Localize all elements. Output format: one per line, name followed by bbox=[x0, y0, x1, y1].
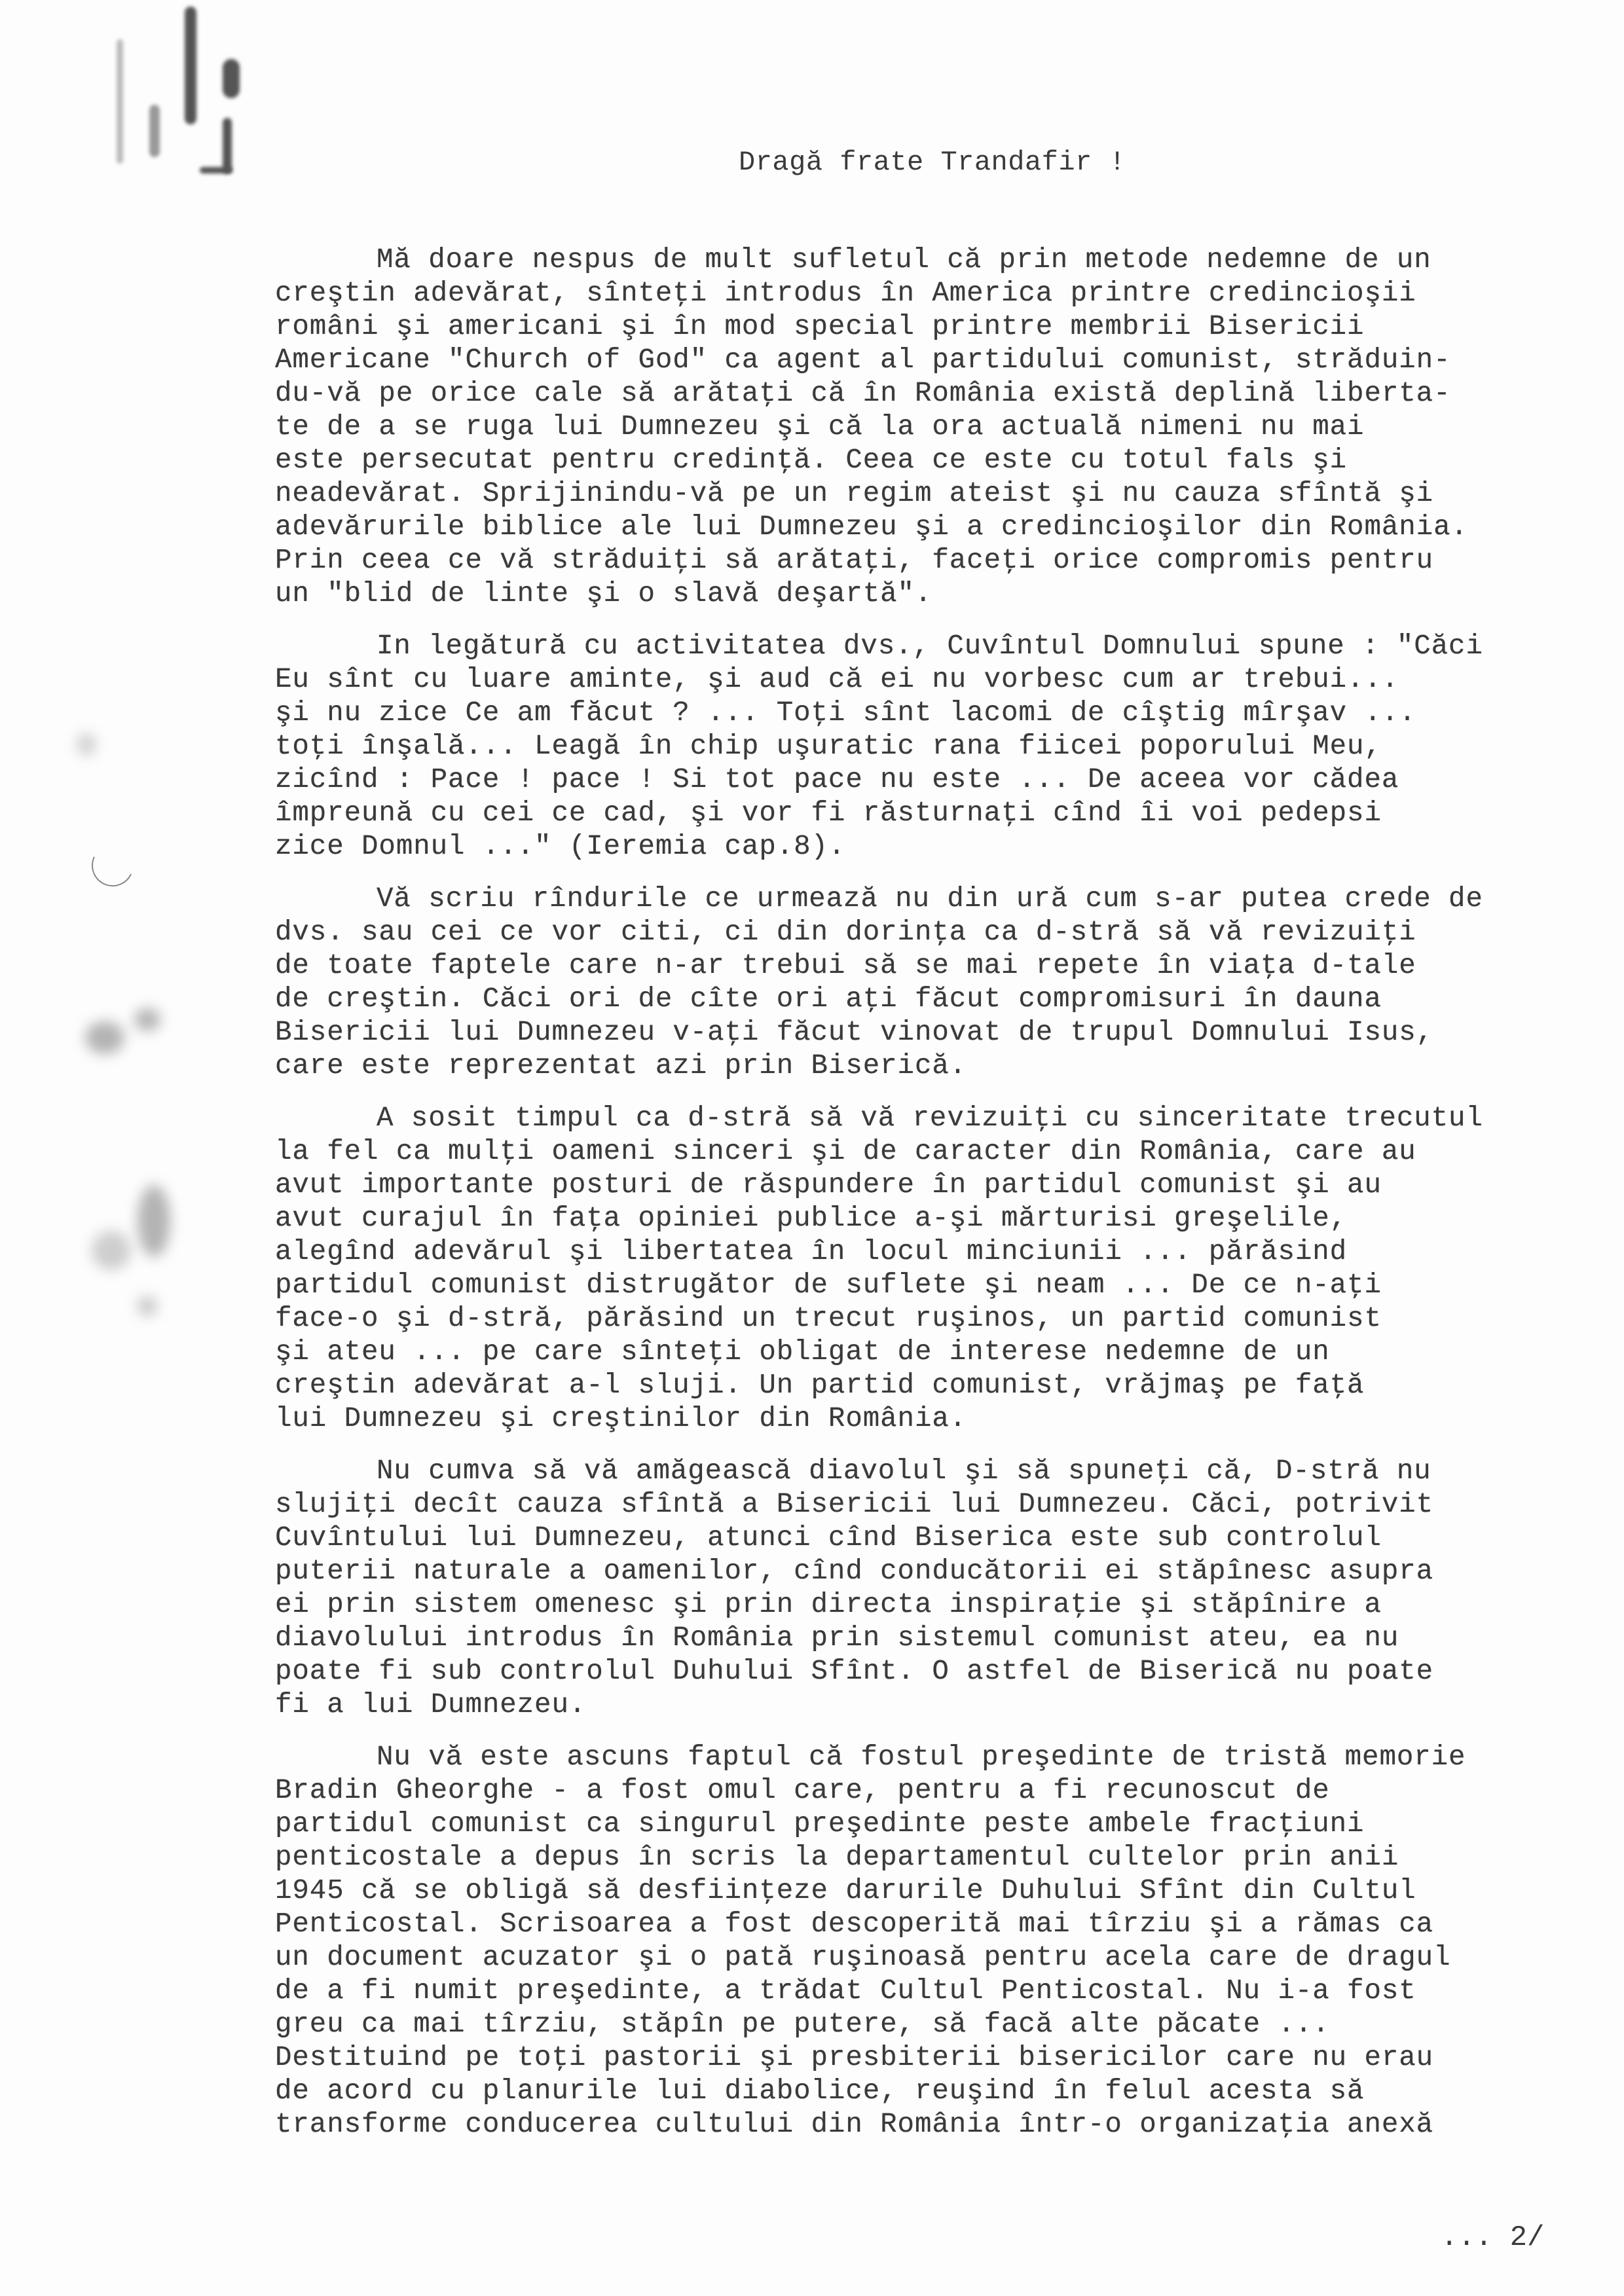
text-line: un "blid de linte şi o slavă deşartă". bbox=[275, 577, 1624, 611]
text-line: Destituind pe toţi pastorii şi presbiter… bbox=[275, 2041, 1624, 2075]
text-line: slujiţi decît cauza sfîntă a Bisericii l… bbox=[275, 1488, 1624, 1522]
text-line: Americane "Church of God" ca agent al pa… bbox=[275, 344, 1624, 377]
paragraph-6: Nu vă este ascuns faptul că fostul preşe… bbox=[275, 1741, 1624, 2141]
letter-salutation: Dragă frate Trandafir ! bbox=[739, 147, 1126, 178]
text-line: Bisericii lui Dumnezeu v-aţi făcut vinov… bbox=[275, 1016, 1624, 1049]
text-line: diavolului introdus în România prin sist… bbox=[275, 1622, 1624, 1655]
text-line: avut curajul în faţa opiniei publice a-ş… bbox=[275, 1202, 1624, 1235]
text-line: Penticostal. Scrisoarea a fost descoperi… bbox=[275, 1908, 1624, 1941]
text-line: transforme conducerea cultului din Român… bbox=[275, 2108, 1624, 2141]
text-line: şi nu zice Ce am făcut ? ... Toţi sînt l… bbox=[275, 697, 1624, 730]
text-line: neadevărat. Sprijinindu-vă pe un regim a… bbox=[275, 477, 1624, 511]
text-line: de a fi numit preşedinte, a trădat Cultu… bbox=[275, 1975, 1624, 2008]
text-line: împreună cu cei ce cad, şi vor fi răstur… bbox=[275, 797, 1624, 830]
text-line: penticostale a depus în scris la departa… bbox=[275, 1841, 1624, 1874]
text-line: Nu cumva să vă amăgească diavolul şi să … bbox=[275, 1455, 1624, 1488]
text-line: avut importante posturi de răspundere în… bbox=[275, 1169, 1624, 1202]
text-line: partidul comunist distrugător de suflete… bbox=[275, 1269, 1624, 1302]
text-line: de acord cu planurile lui diabolice, reu… bbox=[275, 2075, 1624, 2108]
text-line: te de a se ruga lui Dumnezeu şi că la or… bbox=[275, 410, 1624, 444]
text-line: In legătură cu activitatea dvs., Cuvîntu… bbox=[275, 630, 1624, 663]
text-line: Prin ceea ce vă străduiţi să arătaţi, fa… bbox=[275, 544, 1624, 577]
text-line: Cuvîntului lui Dumnezeu, atunci cînd Bis… bbox=[275, 1522, 1624, 1555]
paragraph-4: A sosit timpul ca d-stră să vă revizuiţi… bbox=[275, 1102, 1624, 1436]
text-line: partidul comunist ca singurul preşedinte… bbox=[275, 1808, 1624, 1841]
text-line: zice Domnul ..." (Ieremia cap.8). bbox=[275, 830, 1624, 864]
text-line: Mă doare nespus de mult sufletul că prin… bbox=[275, 244, 1624, 277]
paragraph-5: Nu cumva să vă amăgească diavolul şi să … bbox=[275, 1455, 1624, 1722]
text-line: fi a lui Dumnezeu. bbox=[275, 1688, 1624, 1722]
paragraph-3: Vă scriu rîndurile ce urmează nu din ură… bbox=[275, 883, 1624, 1083]
text-line: 1945 că se obligă să desfiinţeze daruril… bbox=[275, 1874, 1624, 1908]
text-line: poate fi sub controlul Duhului Sfînt. O … bbox=[275, 1655, 1624, 1688]
text-line: greu ca mai tîrziu, stăpîn pe putere, să… bbox=[275, 2008, 1624, 2041]
text-line: ei prin sistem omenesc şi prin directa i… bbox=[275, 1588, 1624, 1622]
text-line: lui Dumnezeu şi creştinilor din România. bbox=[275, 1402, 1624, 1436]
text-line: la fel ca mulţi oameni sinceri şi de car… bbox=[275, 1135, 1624, 1169]
text-line: creştin adevărat, sînteţi introdus în Am… bbox=[275, 277, 1624, 310]
text-line: care este reprezentat azi prin Biserică. bbox=[275, 1049, 1624, 1083]
text-line: Vă scriu rîndurile ce urmează nu din ură… bbox=[275, 883, 1624, 916]
text-line: toţi înşală... Leagă în chip uşuratic ra… bbox=[275, 730, 1624, 763]
text-line: de toate faptele care n-ar trebui să se … bbox=[275, 949, 1624, 983]
text-line: face-o şi d-stră, părăsind un trecut ruş… bbox=[275, 1302, 1624, 1336]
text-line: Eu sînt cu luare aminte, şi aud că ei nu… bbox=[275, 663, 1624, 697]
text-line: A sosit timpul ca d-stră să vă revizuiţi… bbox=[275, 1102, 1624, 1135]
text-line: creştin adevărat a-l sluji. Un partid co… bbox=[275, 1369, 1624, 1402]
paragraph-1: Mă doare nespus de mult sufletul că prin… bbox=[275, 244, 1624, 611]
text-line: români şi americani şi în mod special pr… bbox=[275, 310, 1624, 344]
text-line: puterii naturale a oamenilor, cînd condu… bbox=[275, 1555, 1624, 1588]
text-line: este persecutat pentru credinţă. Ceea ce… bbox=[275, 444, 1624, 477]
text-line: un document acuzator şi o pată ruşinoasă… bbox=[275, 1941, 1624, 1975]
text-line: alegînd adevărul şi libertatea în locul … bbox=[275, 1235, 1624, 1269]
text-line: de creştin. Căci ori de cîte ori aţi făc… bbox=[275, 983, 1624, 1016]
text-line: du-vă pe orice cale să arătaţi că în Rom… bbox=[275, 377, 1624, 410]
letter-body: Mă doare nespus de mult sufletul că prin… bbox=[275, 244, 1624, 2160]
page-continuation-marker: ... 2/ bbox=[1441, 2221, 1544, 2254]
text-line: dvs. sau cei ce vor citi, ci din dorinţa… bbox=[275, 916, 1624, 949]
paragraph-2: In legătură cu activitatea dvs., Cuvîntu… bbox=[275, 630, 1624, 864]
text-line: adevărurile biblice ale lui Dumnezeu şi … bbox=[275, 511, 1624, 544]
text-line: Bradin Gheorghe - a fost omul care, pent… bbox=[275, 1774, 1624, 1808]
scanned-letter-page: Dragă frate Trandafir ! Mă doare nespus … bbox=[0, 0, 1624, 2296]
text-line: zicînd : Pace ! pace ! Si tot pace nu es… bbox=[275, 763, 1624, 797]
text-line: Nu vă este ascuns faptul că fostul preşe… bbox=[275, 1741, 1624, 1774]
text-line: şi ateu ... pe care sînteţi obligat de i… bbox=[275, 1336, 1624, 1369]
